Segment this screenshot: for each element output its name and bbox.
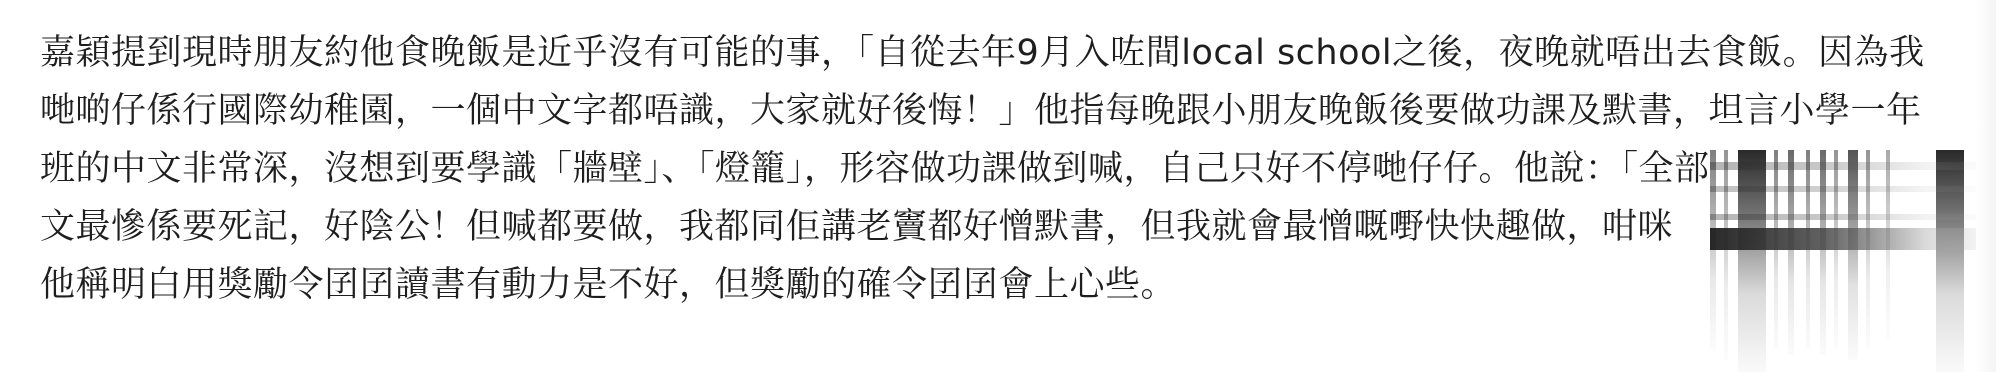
paragraph-line-2: 哋啲仔係行國際幼稚園，一個中文字都唔識，大家就好後悔！」他指每晚跟小朋友晚飯後要… bbox=[40, 82, 1980, 140]
article-paragraph: 嘉穎提到現時朋友約他食晚飯是近乎沒有可能的事，「自從去年9月入咗間local s… bbox=[40, 24, 1980, 314]
right-edge-shade bbox=[1976, 0, 1996, 372]
paragraph-line-4: 文最慘係要死記，好陰公！但喊都要做，我都同佢講老竇都好憎默書，但我就會最憎嘅嘢快… bbox=[40, 198, 1980, 256]
paragraph-line-5: 他稱明白用獎勵令囝囝讀書有動力是不好，但獎勵的確令囝囝會上心些。 bbox=[40, 256, 1980, 314]
paragraph-line-1: 嘉穎提到現時朋友約他食晚飯是近乎沒有可能的事，「自從去年9月入咗間local s… bbox=[40, 24, 1980, 82]
paragraph-line-3: 班的中文非常深，沒想到要學識「牆壁」、「燈籠」，形容做功課做到喊，自己只好不停哋… bbox=[40, 140, 1980, 198]
